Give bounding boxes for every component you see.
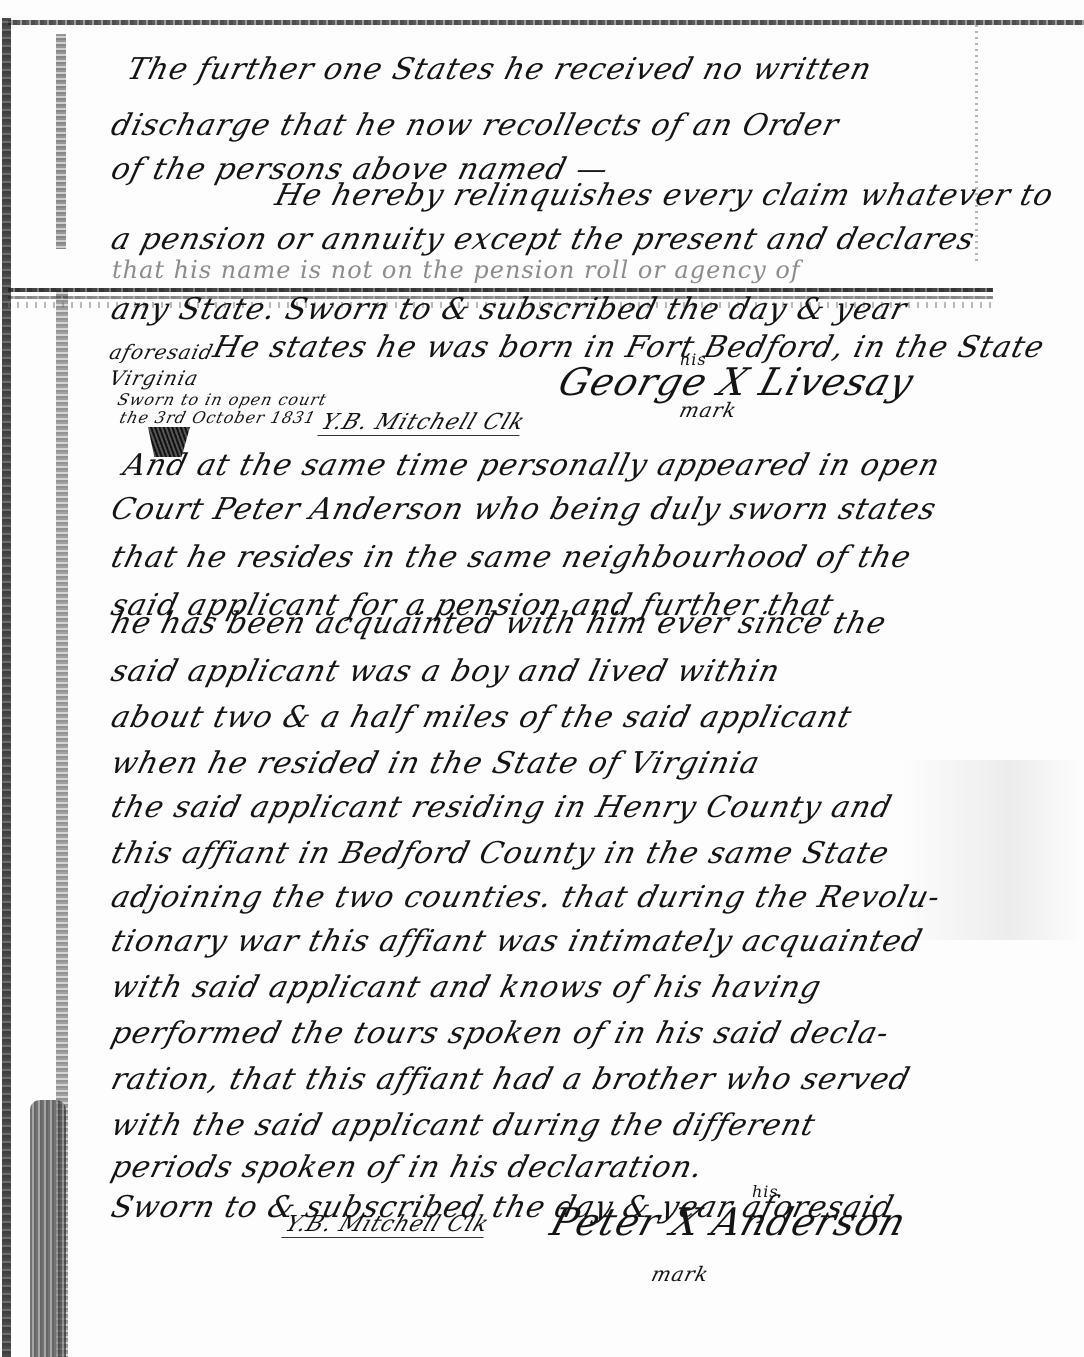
scan-margin-line-upper [56, 34, 66, 249]
document-line: He hereby relinquishes every claim whate… [272, 178, 1058, 213]
document-line: with said applicant and knows of his hav… [108, 970, 826, 1005]
document-line: discharge that he now recollects of an O… [108, 108, 843, 143]
document-line: any State. Sworn to & subscribed the day… [108, 292, 911, 327]
margin-note-line: the 3rd October 1831 [118, 408, 318, 427]
scan-edge-top [8, 20, 1084, 25]
document-line: when he resided in the State of Virginia [108, 746, 764, 781]
document-line: the said applicant residing in Henry Cou… [108, 790, 896, 825]
document-line: performed the tours spoken of in his sai… [108, 1016, 893, 1051]
document-line: with the said applicant during the diffe… [108, 1108, 820, 1143]
scanned-document-page: The further one States he received no wr… [0, 0, 1084, 1357]
document-line: this affiant in Bedford County in the sa… [108, 836, 893, 871]
document-line: a pension or annuity except the present … [108, 222, 979, 257]
margin-note-line: aforesaid [107, 340, 216, 364]
document-line: And at the same time personally appeared… [120, 448, 944, 483]
document-line: periods spoken of in his declaration. [108, 1150, 707, 1185]
signature-name: Peter X Anderson [546, 1200, 912, 1244]
scan-edge-left [2, 18, 11, 1357]
document-line: he has been acquainted with him ever sin… [108, 606, 891, 641]
document-line: ration, that this affiant had a brother … [108, 1062, 914, 1097]
document-line: adjoining the two counties. that during … [108, 880, 945, 915]
document-line: about two & a half miles of the said app… [108, 700, 856, 735]
document-line: The further one States he received no wr… [124, 52, 876, 87]
signature-mark: mark [649, 1262, 712, 1286]
signature-his: his [752, 1182, 779, 1201]
document-line: said applicant was a boy and lived withi… [108, 654, 784, 689]
document-line: Court Peter Anderson who being duly swor… [108, 492, 941, 527]
scan-smudge [30, 1100, 66, 1357]
clerk-signature: Y.B. Mitchell Clk [317, 410, 528, 436]
clerk-signature: Y.B. Mitchell Clk [281, 1212, 492, 1238]
document-line: tionary war this affiant was intimately … [108, 924, 927, 959]
margin-note-line: Sworn to in open court [116, 390, 329, 409]
margin-note-line: Virginia [107, 366, 201, 390]
document-line-faded: that his name is not on the pension roll… [112, 256, 801, 284]
document-line: that he resides in the same neighbourhoo… [108, 540, 915, 575]
signature-mark: mark [677, 398, 740, 422]
